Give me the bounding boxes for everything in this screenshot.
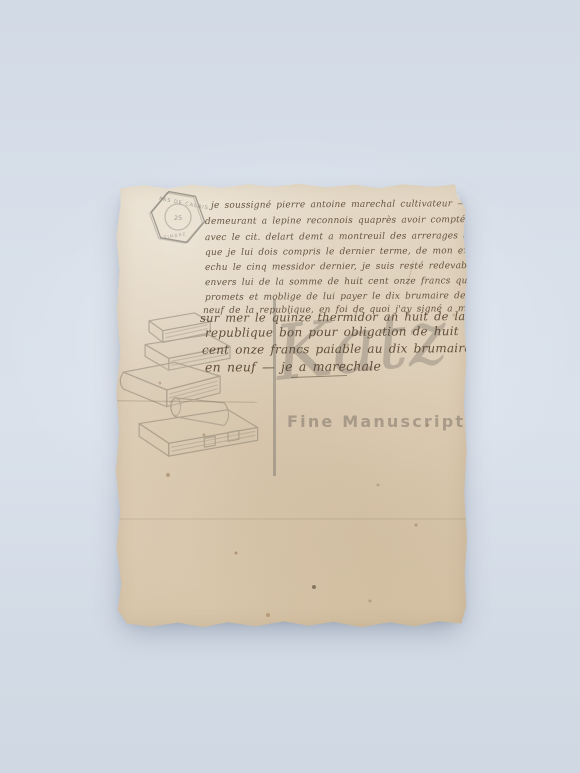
paper-crease — [115, 518, 467, 520]
manuscript-line-6: envers lui de la somme de huit cent onze… — [205, 275, 510, 289]
photo-background: PAS DE CALAIS 25 TIMBRE — [0, 0, 580, 773]
hexagon-revenue-stamp-icon: PAS DE CALAIS 25 TIMBRE — [145, 187, 211, 249]
manuscript-line-2: demeurant a lepine reconnois quaprès avo… — [205, 214, 480, 228]
manuscript-line-7: promets et moblige de lui payer le dix b… — [205, 290, 485, 304]
manuscript-line-1: je soussigné pierre antoine marechal cul… — [211, 198, 476, 212]
stamp-ring-text: PAS DE CALAIS — [159, 196, 210, 211]
manuscript-line-5: echu le cinq messidor dernier, je suis r… — [205, 260, 499, 274]
manuscript-line-11: cent onze francs paiable au dix brumaire — [202, 341, 472, 358]
manuscript-line-12: en neuf — je a marechale — [205, 358, 381, 374]
manuscript-line-3: avec le cit. delart demt a montreuil des… — [205, 230, 519, 244]
fine-manuscripts-label: Fine Manuscripts — [287, 412, 477, 431]
manuscript-line-4: que je lui dois compris le dernier terme… — [205, 245, 514, 259]
manuscript-line-10: republique bon pour obligation de huit — [205, 324, 459, 341]
manuscript-paper: PAS DE CALAIS 25 TIMBRE — [115, 182, 467, 628]
paper-specks — [115, 182, 117, 184]
stamp-value-text: 25 — [174, 214, 182, 222]
